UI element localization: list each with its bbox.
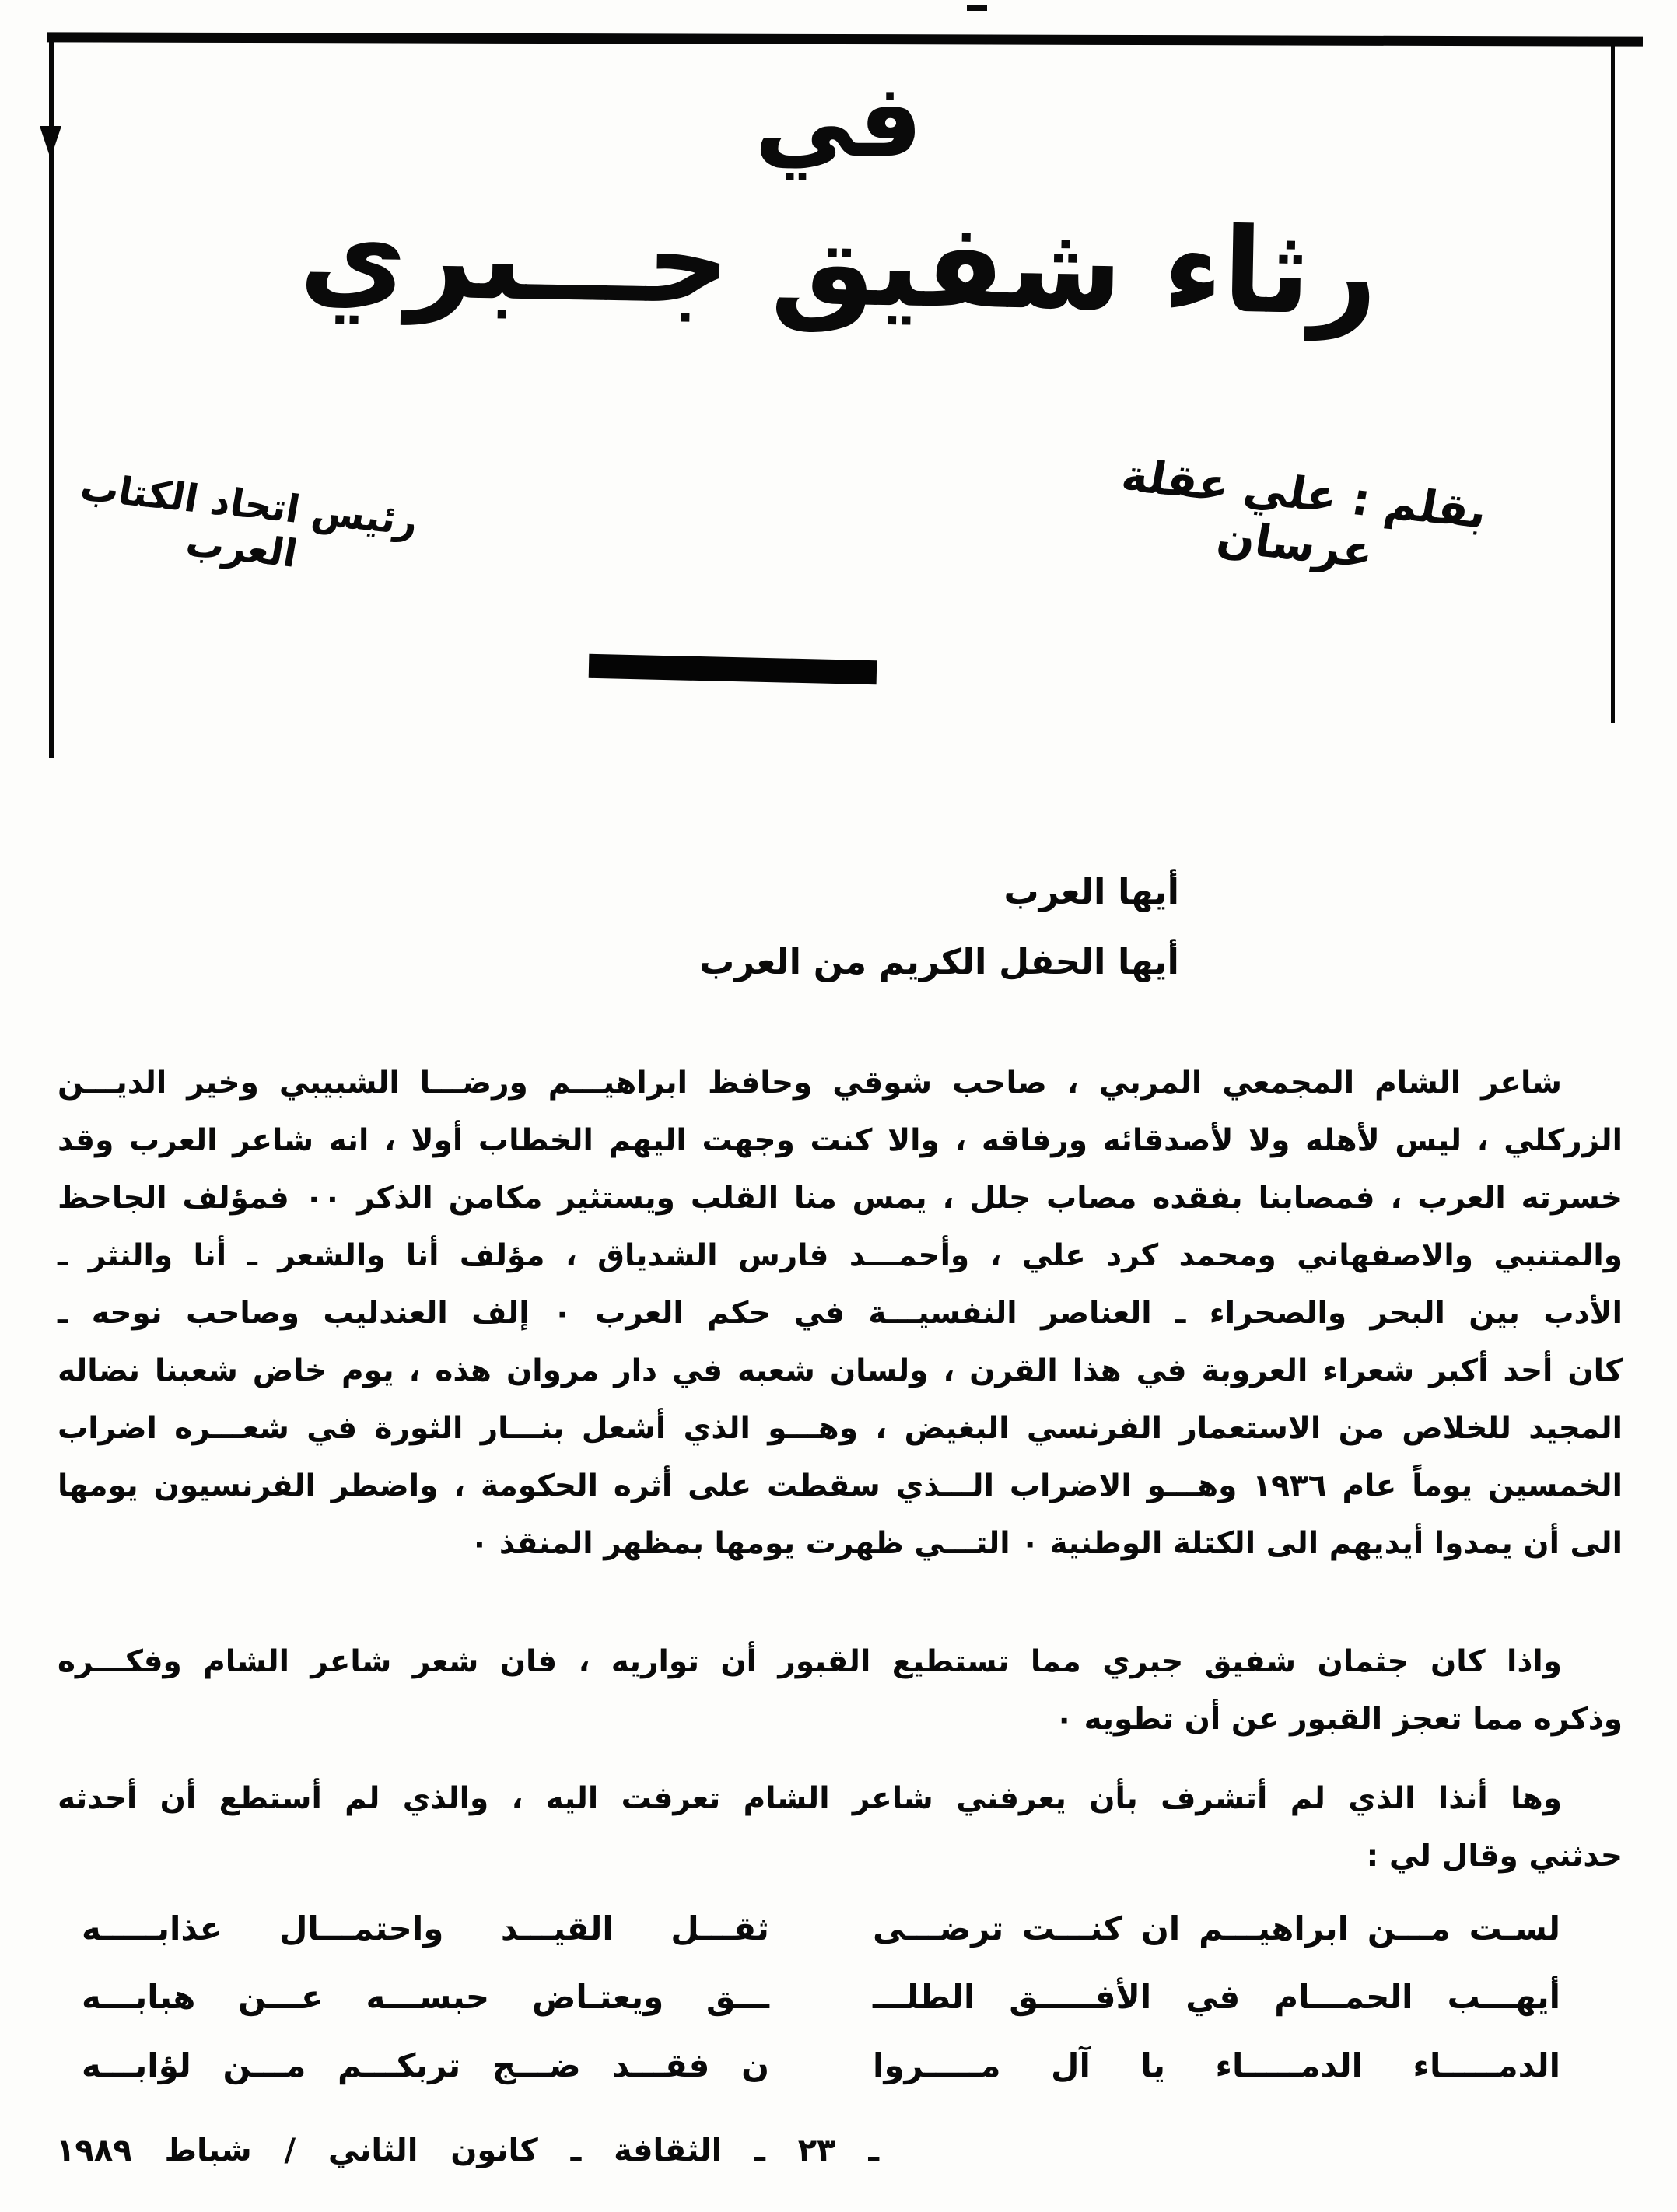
hemistich-right: لسـت مـــن ابراهيـــم ان كنـــت ترضـــى bbox=[873, 1895, 1560, 1963]
paragraph-line: المجيد للخلاص من الاستعمار الفرنسي البغي… bbox=[58, 1400, 1623, 1458]
byline-author: بقلم : علي عقلة عرسان bbox=[1063, 445, 1537, 594]
scan-speck bbox=[967, 5, 987, 11]
page-footer: ـ ٢٣ ـ الثقافة ـ كانون الثاني / شباط ١٩٨… bbox=[56, 2133, 879, 2168]
paragraph-line: والمتنبي والاصفهاني ومحمد كرد علي ، وأحم… bbox=[58, 1227, 1623, 1285]
hemistich-right: أيهـــب الحمـــام في الأفـــــق الطلـــ bbox=[873, 1963, 1560, 2032]
paragraph-line: وذكره مما تعجز القبور عن أن تطويه ٠ bbox=[58, 1691, 1623, 1748]
hemistich-left: ن فقـــد ضـــج تربكـــم مـــن لؤابـــه bbox=[82, 2032, 769, 2100]
paragraph-line: واذا كان جثمان شفيق جبري مما تستطيع القب… bbox=[58, 1633, 1623, 1691]
hemistich-right: الدمـــــاء الدمـــــاء يا آل مـــــروا bbox=[873, 2032, 1560, 2100]
paragraph-line: كان أحد أكبر شعراء العروبة في هذا القرن … bbox=[58, 1342, 1623, 1400]
poem-verse: الدمـــــاء الدمـــــاء يا آل مـــــروا … bbox=[82, 2032, 1560, 2100]
paragraph-line: الأدب بين البحر والصحراء ـ العناصر النفس… bbox=[58, 1285, 1623, 1342]
byline-role: رئيس اتحاد الكتاب العرب bbox=[54, 464, 436, 590]
paragraph-line: الخمسين يوماً عام ١٩٣٦ وهـــو الاضراب ال… bbox=[58, 1458, 1623, 1515]
poem-block: لسـت مـــن ابراهيـــم ان كنـــت ترضـــى … bbox=[82, 1895, 1560, 2100]
paragraph-line: حدثني وقال لي : bbox=[58, 1828, 1623, 1885]
salutation-line: أيها الحفل الكريم من العرب bbox=[699, 941, 1179, 982]
scanned-article-page: في رثاء شفيق جـــبري بقلم : علي عقلة عرس… bbox=[0, 0, 1677, 2212]
hemistich-left: ثقـــل القيـــد واحتمـــال عذابـــــه bbox=[82, 1895, 769, 1963]
header-divider-bar bbox=[589, 654, 877, 684]
paragraph-line: خسرته العرب ، فمصابنا بفقده مصاب جلل ، ي… bbox=[58, 1170, 1623, 1227]
paragraph: شاعر الشام المجمعي المربي ، صاحب شوقي وح… bbox=[58, 1055, 1623, 1573]
paragraph-line: شاعر الشام المجمعي المربي ، صاحب شوقي وح… bbox=[58, 1055, 1623, 1112]
poem-verse: أيهـــب الحمـــام في الأفـــــق الطلـــ … bbox=[82, 1963, 1560, 2032]
paragraph-line: الزركلي ، ليس لأهله ولا لأصدقائه ورفاقه … bbox=[58, 1112, 1623, 1170]
hemistich-left: ـــق ويعتـاض حبســـه عـــن هبابـــه bbox=[82, 1963, 769, 2032]
title-kicker: في bbox=[0, 70, 1677, 171]
paragraph: واذا كان جثمان شفيق جبري مما تستطيع القب… bbox=[58, 1633, 1623, 1748]
paragraph-line: وها أنذا الذي لم أتشرف بأن يعرفني شاعر ا… bbox=[58, 1770, 1623, 1828]
paragraph-line: الى أن يمدوا أيديهم الى الكتلة الوطنية ٠… bbox=[58, 1515, 1623, 1573]
frame-top-rule bbox=[47, 32, 1643, 46]
poem-verse: لسـت مـــن ابراهيـــم ان كنـــت ترضـــى … bbox=[82, 1895, 1560, 1963]
paragraph: وها أنذا الذي لم أتشرف بأن يعرفني شاعر ا… bbox=[58, 1770, 1623, 1885]
salutation-line: أيها العرب bbox=[1003, 871, 1179, 912]
article-title: رثاء شفيق جـــبري bbox=[0, 180, 1677, 349]
